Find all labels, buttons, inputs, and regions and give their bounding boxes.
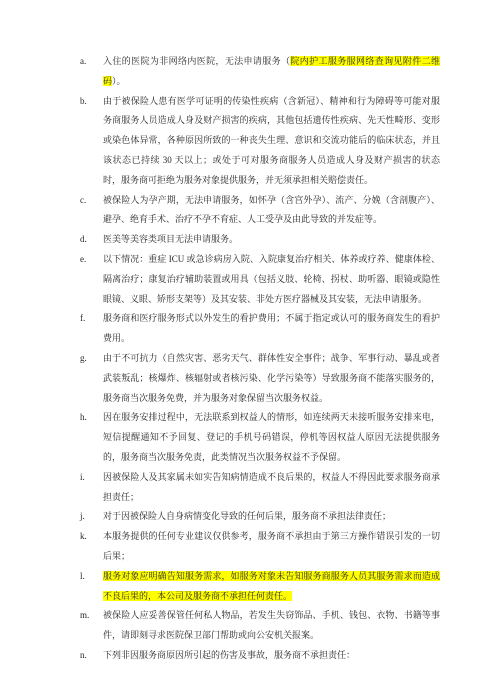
clause-item-h: h.因在服务安排过程中，无法联系到权益人的情形，如连续两天未接听服务安排来电，短… <box>80 408 440 467</box>
clause-text: 医美等美容类项目无法申请服务。 <box>103 230 440 250</box>
text-segment: 因被保险人及其家属未如实告知病情造成不良后果的，权益人不得因此要求服务商承担责任… <box>103 472 440 502</box>
clause-list: a.入住的医院为非网络内医院，无法申请服务（院内护工服务服网络查询见附件二维码）… <box>80 52 440 666</box>
clause-label: j. <box>80 507 103 527</box>
clause-text: 本服务提供的任何专业建议仅供参考，服务商不承担由于第三方操作错误引发的一切后果； <box>103 527 440 567</box>
clause-item-d: d.医美等美容类项目无法申请服务。 <box>80 230 440 250</box>
clause-item-j: j.对于因被保险人自身病情变化导致的任何后果，服务商不承担法律责任； <box>80 507 440 527</box>
clause-item-g: g.由于不可抗力（自然灾害、恶劣天气、群体性安全事件；战争、军事行动、暴乱或者武… <box>80 349 440 408</box>
clause-item-k: k.本服务提供的任何专业建议仅供参考，服务商不承担由于第三方操作错误引发的一切后… <box>80 527 440 567</box>
text-segment: 对于因被保险人自身病情变化导致的任何后果，服务商不承担法律责任； <box>103 511 391 521</box>
text-segment: 由于被保险人患有医学可证明的传染性疾病（含新冠）、精神和行为障碍等可能对服务商服… <box>103 96 440 185</box>
document-page: a.入住的医院为非网络内医院，无法申请服务（院内护工服务服网络查询见附件二维码）… <box>0 0 495 700</box>
clause-label: g. <box>80 349 103 369</box>
text-segment: 以下情况：重症 ICU 或急诊病房入院、入院康复治疗相关、体养或疗养、健康体检、… <box>103 254 440 304</box>
clause-text: 被保险人为孕产期，无法申请服务，如怀孕（含宫外孕）、流产、分娩（含剖腹产）、避孕… <box>103 191 440 231</box>
clause-text: 对于因被保险人自身病情变化导致的任何后果，服务商不承担法律责任； <box>103 507 440 527</box>
clause-label: n. <box>80 646 103 666</box>
clause-item-m: m.被保险人应妥善保管任何私人物品，若发生失窃饰品、手机、钱包、衣物、书籍等事件… <box>80 606 440 646</box>
clause-item-b: b.由于被保险人患有医学可证明的传染性疾病（含新冠）、精神和行为障碍等可能对服务… <box>80 92 440 191</box>
text-segment: 被保险人为孕产期，无法申请服务，如怀孕（含宫外孕）、流产、分娩（含剖腹产）、避孕… <box>103 195 440 225</box>
clause-text: 入住的医院为非网络内医院，无法申请服务（院内护工服务服网络查询见附件二维码）。 <box>103 52 440 92</box>
clause-label: b. <box>80 92 103 112</box>
clause-item-e: e.以下情况：重症 ICU 或急诊病房入院、入院康复治疗相关、体养或疗养、健康体… <box>80 250 440 309</box>
text-segment: 本服务提供的任何专业建议仅供参考，服务商不承担由于第三方操作错误引发的一切后果； <box>103 531 440 561</box>
text-segment: 下列非因服务商原因所引起的伤害及事故，服务商不承担责任： <box>103 650 355 660</box>
clause-item-f: f.服务商和医疗服务形式以外发生的看护费用；不属于指定或认可的服务商发生的看护费… <box>80 309 440 349</box>
clause-text: 下列非因服务商原因所引起的伤害及事故，服务商不承担责任： <box>103 646 440 666</box>
text-segment: 服务商和医疗服务形式以外发生的看护费用；不属于指定或认可的服务商发生的看护费用。 <box>103 313 440 343</box>
text-segment: ）。 <box>112 76 126 86</box>
clause-label: d. <box>80 230 103 250</box>
clause-item-a: a.入住的医院为非网络内医院，无法申请服务（院内护工服务服网络查询见附件二维码）… <box>80 52 440 92</box>
clause-text: 服务商和医疗服务形式以外发生的看护费用；不属于指定或认可的服务商发生的看护费用。 <box>103 309 440 349</box>
clause-label: h. <box>80 408 103 428</box>
clause-label: k. <box>80 527 103 547</box>
clause-item-n: n.下列非因服务商原因所引起的伤害及事故，服务商不承担责任： <box>80 646 440 666</box>
text-segment: 由于不可抗力（自然灾害、恶劣天气、群体性安全事件；战争、军事行动、暴乱或者武装叛… <box>103 353 440 403</box>
clause-text: 由于被保险人患有医学可证明的传染性疾病（含新冠）、精神和行为障碍等可能对服务商服… <box>103 92 440 191</box>
clause-label: f. <box>80 309 103 329</box>
clause-text: 因在服务安排过程中，无法联系到权益人的情形，如连续两天未接听服务安排来电，短信提… <box>103 408 440 467</box>
clause-item-l: l.服务对象应明确告知服务需求，如服务对象未告知服务商服务人员其服务需求而造成不… <box>80 567 440 607</box>
text-segment: 医美等美容类项目无法申请服务。 <box>103 234 238 244</box>
clause-text: 由于不可抗力（自然灾害、恶劣天气、群体性安全事件；战争、军事行动、暴乱或者武装叛… <box>103 349 440 408</box>
clause-label: a. <box>80 52 103 72</box>
clause-text: 以下情况：重症 ICU 或急诊病房入院、入院康复治疗相关、体养或疗养、健康体检、… <box>103 250 440 309</box>
clause-text: 被保险人应妥善保管任何私人物品，若发生失窃饰品、手机、钱包、衣物、书籍等事件，请… <box>103 606 440 646</box>
clause-label: c. <box>80 191 103 211</box>
text-segment: 因在服务安排过程中，无法联系到权益人的情形，如连续两天未接听服务安排来电，短信提… <box>103 412 440 462</box>
clause-item-i: i.因被保险人及其家属未如实告知病情造成不良后果的，权益人不得因此要求服务商承担… <box>80 468 440 508</box>
text-segment: 被保险人应妥善保管任何私人物品，若发生失窃饰品、手机、钱包、衣物、书籍等事件，请… <box>103 610 440 640</box>
highlighted-text: 服务对象应明确告知服务需求，如服务对象未告知服务商服务人员其服务需求而造成不良后… <box>103 571 440 601</box>
text-segment: 入住的医院为非网络内医院，无法申请服务（ <box>103 56 290 66</box>
clause-label: e. <box>80 250 103 270</box>
clause-label: l. <box>80 567 103 587</box>
clause-text: 服务对象应明确告知服务需求，如服务对象未告知服务商服务人员其服务需求而造成不良后… <box>103 567 440 607</box>
clause-label: i. <box>80 468 103 488</box>
clause-item-c: c.被保险人为孕产期，无法申请服务，如怀孕（含宫外孕）、流产、分娩（含剖腹产）、… <box>80 191 440 231</box>
clause-text: 因被保险人及其家属未如实告知病情造成不良后果的，权益人不得因此要求服务商承担责任… <box>103 468 440 508</box>
clause-label: m. <box>80 606 103 626</box>
